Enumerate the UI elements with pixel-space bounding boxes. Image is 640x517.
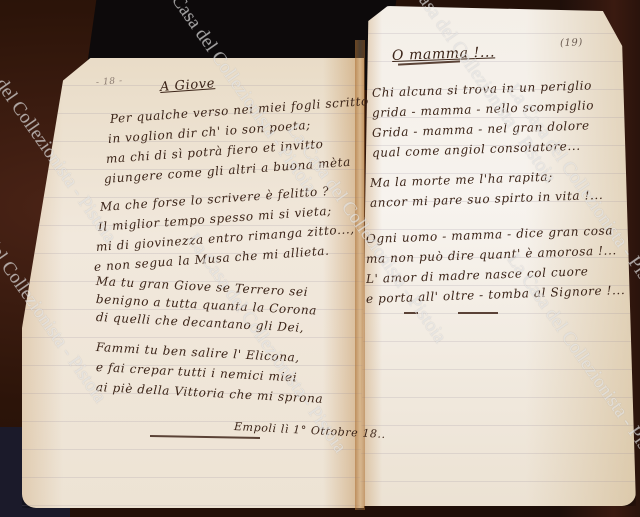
closing-rule-short — [404, 312, 418, 314]
page-number: (19) — [560, 37, 583, 49]
page-number: - 18 - — [96, 76, 123, 88]
closing-rule — [458, 312, 498, 314]
photo-scene: - 18 - A Giove Per qualche verso nei mie… — [0, 0, 640, 517]
